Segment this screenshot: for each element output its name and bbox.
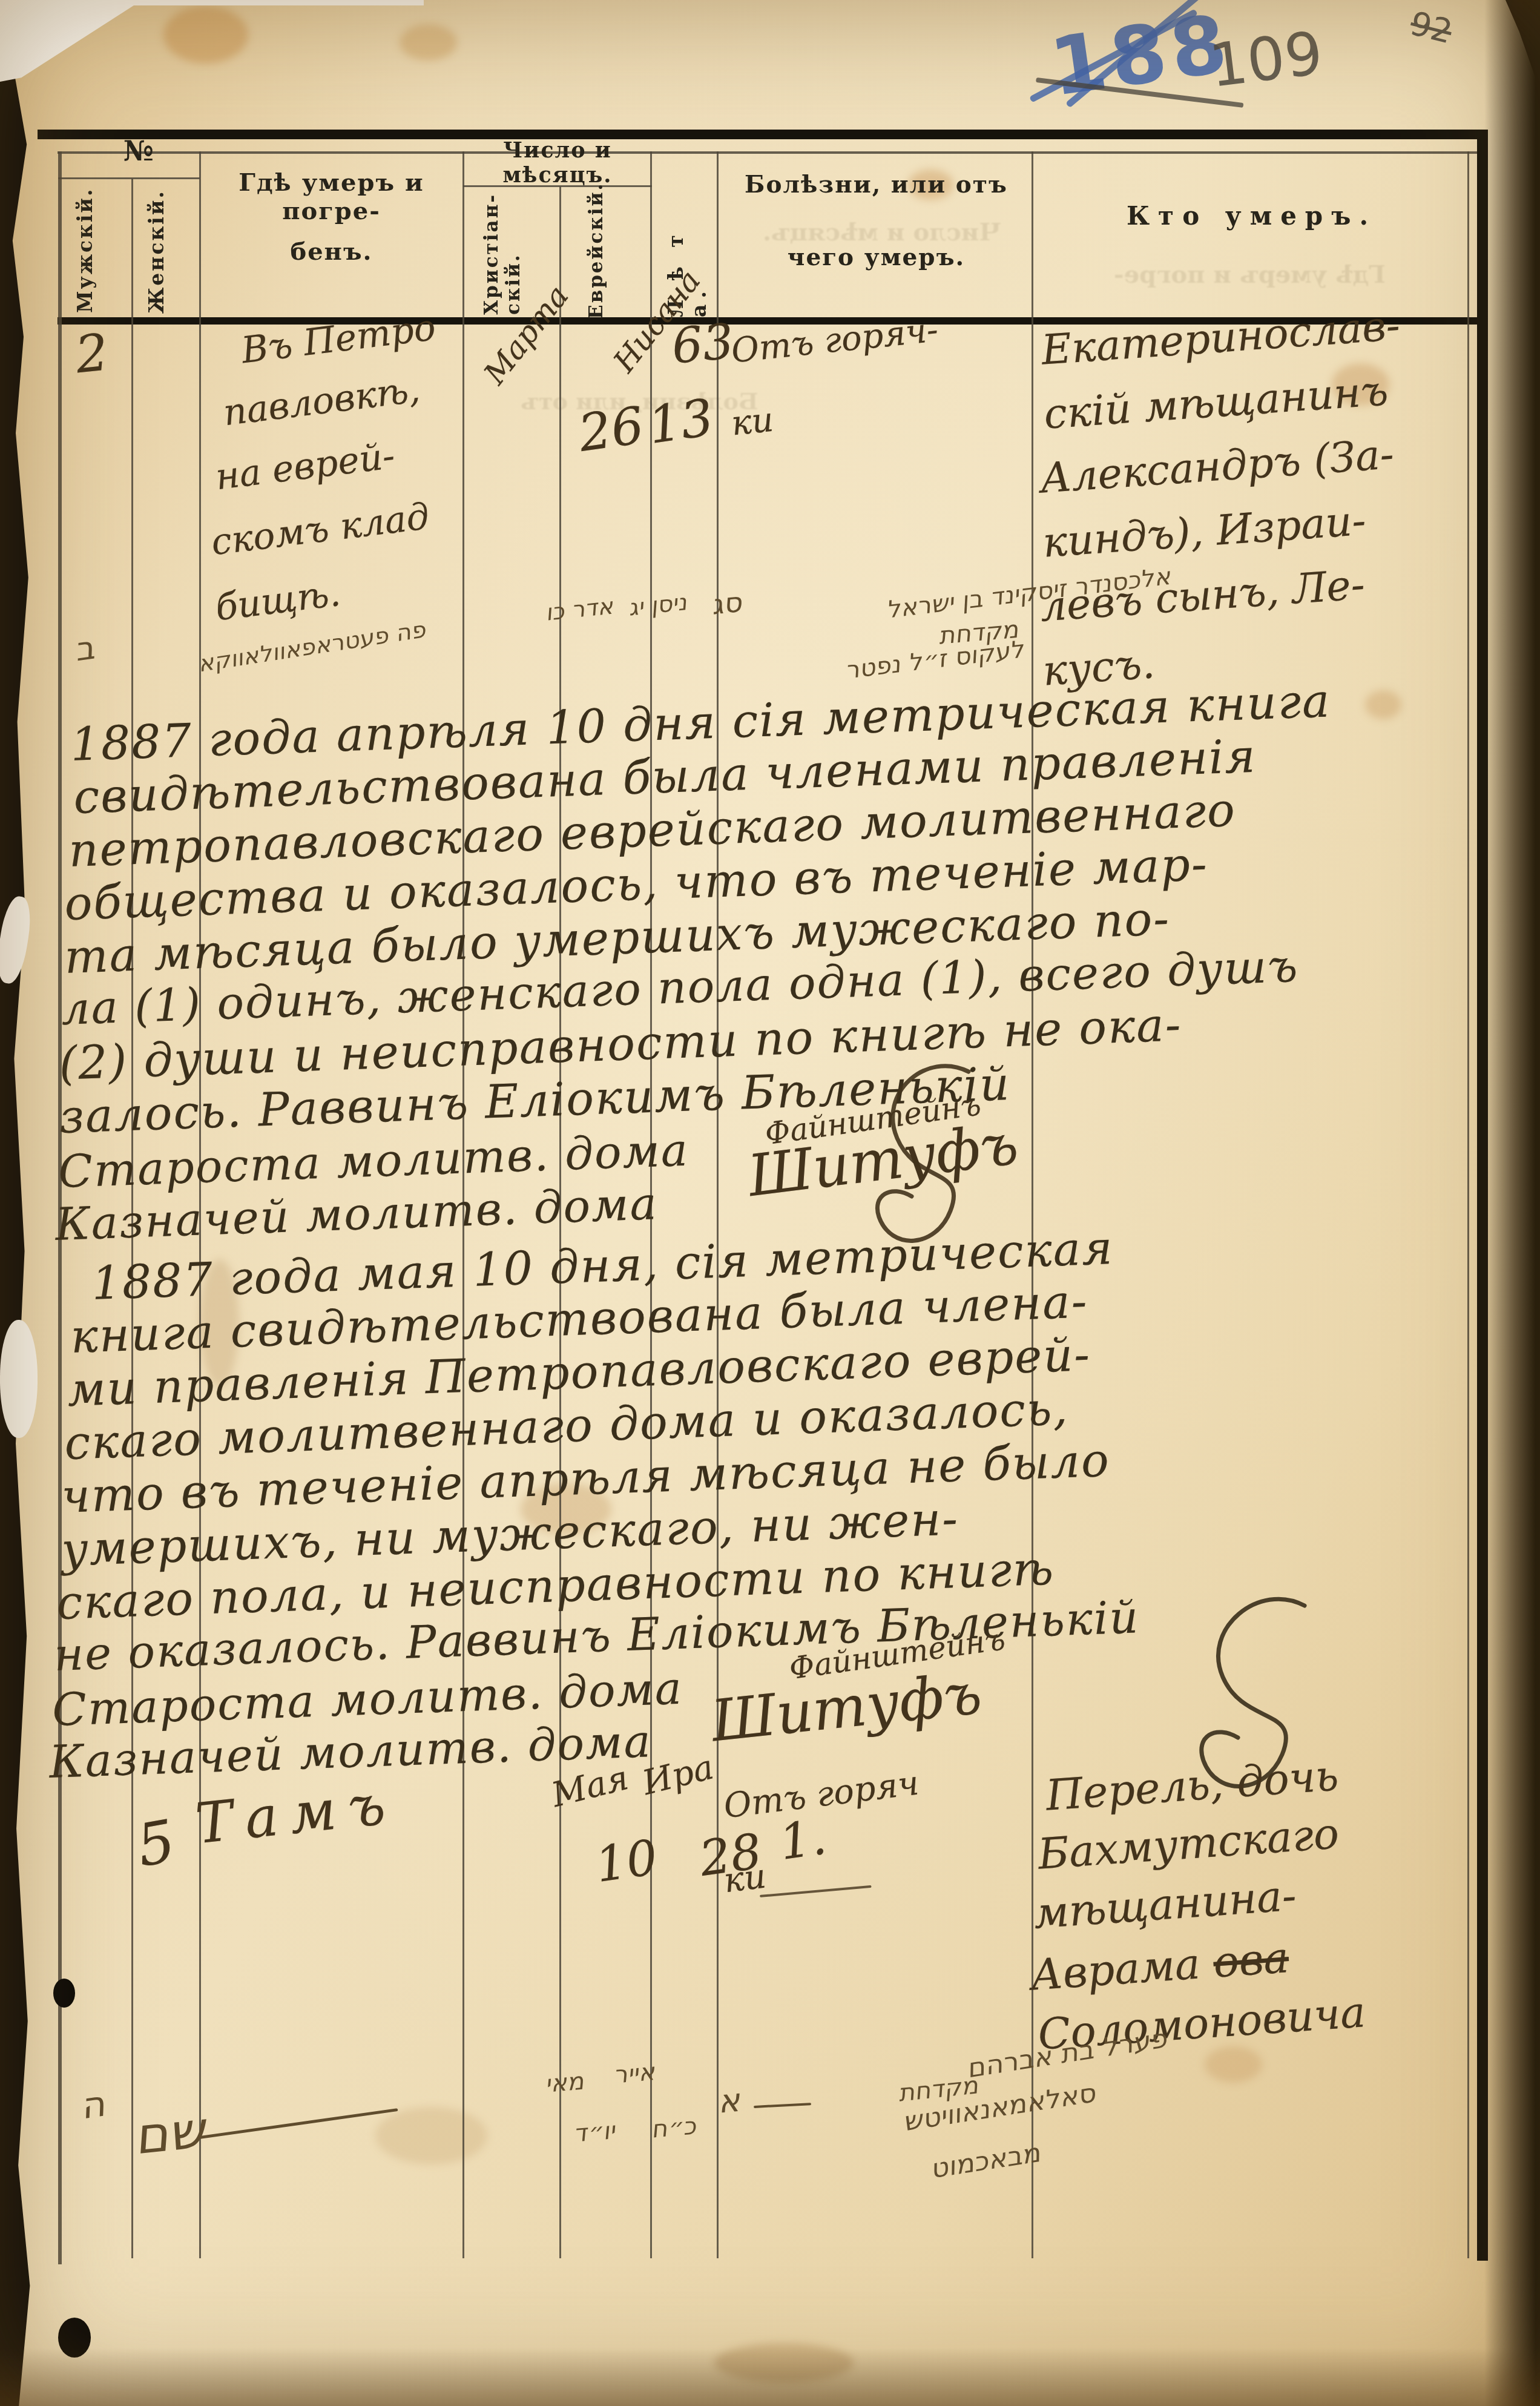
header-christian-line1: Христіан- (481, 195, 503, 315)
header-who: Кто умеръ. (1035, 201, 1468, 231)
hebrew1-age: סג (712, 585, 744, 621)
entry2-day-christian: 10 (592, 1829, 661, 1893)
header-female: Женскій. (145, 182, 168, 314)
hebrew2-age: א (718, 2081, 743, 2121)
entry2-deceased-name: Аврама (1029, 1939, 1202, 2000)
bottom-page-edge (0, 2348, 1540, 2406)
header-date-group: Число и мѣсяцъ. (463, 138, 652, 188)
entry1-age: 63 (670, 313, 736, 375)
entry1-day-christian: 26 (575, 395, 647, 463)
corner-number: 92 (1406, 4, 1456, 51)
entry2-crossed-word: ова (1212, 1933, 1291, 1987)
col-line-cause-who (1032, 151, 1033, 2258)
header-christian-line2: скій. (503, 195, 525, 315)
header-where-line1: Гдѣ умеръ и погре- (203, 168, 460, 225)
entry1-place-line: Въ Петро (239, 306, 438, 372)
hebrew2-day-jewish: כ״ח (651, 2112, 699, 2144)
entry2-deceased-line: мѣщанина- (1032, 1871, 1298, 1939)
hebrew1-number: ב (76, 628, 97, 669)
entry1-cause-line: ки (729, 400, 775, 444)
cause-flourish-dash (760, 1885, 872, 1897)
stain (400, 24, 457, 61)
hebrew2-month-jewish: אייר (614, 2058, 657, 2089)
entry1-number: 2 (73, 322, 111, 384)
table-top-border (38, 130, 1484, 139)
hebrew2-day-christian: יו״ד (574, 2117, 617, 2148)
entry1-deceased-line: Екатеринослав- (1040, 302, 1401, 375)
entry2-place: Тамъ (192, 1771, 400, 1856)
header-male-label: Мужскій. (74, 183, 97, 313)
entry2-deceased-line: Бахмутскаго (1036, 1808, 1340, 1879)
ghost-text: Гдѣ умеръ и погре- (1114, 260, 1386, 289)
ghost-text: Число и мѣсяцъ. (763, 218, 1001, 246)
header-number: № (91, 134, 188, 167)
table-top-inner-rule (58, 151, 1479, 154)
place-strike-line (200, 2108, 398, 2139)
entry1-day-jewish: 13 (645, 387, 717, 455)
stain (1365, 690, 1401, 719)
header-christian: Христіан- скій. (481, 195, 524, 315)
age-dash (754, 2103, 811, 2108)
stain (375, 2107, 487, 2164)
right-page-edge (1484, 0, 1540, 2406)
header-jewish-label: Еврейскій. (586, 195, 608, 319)
header-cause-line2: чего умеръ. (720, 243, 1032, 271)
tear-white (0, 1320, 38, 1438)
hebrew2-deceased-line: מבאכמוט (932, 2137, 1042, 2184)
left-binding-edge (0, 0, 31, 2406)
entry1-place-line: бищѣ. (213, 572, 343, 630)
entry1-place-line: скомъ клад (209, 495, 432, 564)
hebrew2-number: ה (82, 2083, 108, 2128)
col-line-age-cause (717, 151, 719, 2258)
table-right-inner-rule (1467, 151, 1469, 2258)
entry1-deceased-line: киндъ), Израи- (1041, 497, 1367, 567)
header-where-line2: бенъ. (203, 237, 460, 266)
hebrew1-date-christian: אדר כו (546, 592, 616, 625)
entry1-place-line: павловкѣ, (221, 368, 423, 434)
metrical-book-page: Число и мѣсяцъ. Гдѣ умеръ и погре- Болѣз… (0, 0, 1540, 2406)
hebrew2-place-crossed: שם (135, 2100, 210, 2166)
header-jewish: Еврейскій. (586, 195, 608, 319)
hebrew2-month-christian: מאי (545, 2068, 587, 2098)
entry2-number: 5 (132, 1807, 180, 1880)
hebrew1-deceased-line: לעקוס ז״ל נפטר (846, 636, 1026, 685)
entry2-deceased-line: Перель, дочь (1044, 1750, 1340, 1821)
pencil-page-number: 109 (1206, 19, 1327, 101)
header-cause-line1: Болѣзни, или отъ (720, 171, 1032, 199)
entry1-deceased-line: Александръ (За- (1039, 430, 1395, 503)
entry2-cause-line: ки (722, 1857, 768, 1901)
header-male: Мужскій. (74, 183, 97, 313)
attestation-may-kaznachey-signature: Шитуфъ (708, 1661, 985, 1755)
top-edge-sliver (0, 0, 424, 5)
number-header-underline (58, 177, 200, 179)
entry1-deceased-line: скій мѣщанинъ (1042, 367, 1390, 439)
stain (163, 6, 248, 64)
hebrew1-date-jewish: ניסן יג (629, 588, 689, 621)
header-female-label: Женскій. (145, 182, 168, 314)
stain (1205, 2046, 1262, 2083)
entry2-deceased-line4: Аврама ова (1029, 1933, 1291, 2000)
torn-corner-top-left (0, 0, 142, 82)
ink-blob (53, 1979, 75, 2008)
entry1-place-line: на еврей- (213, 435, 397, 499)
